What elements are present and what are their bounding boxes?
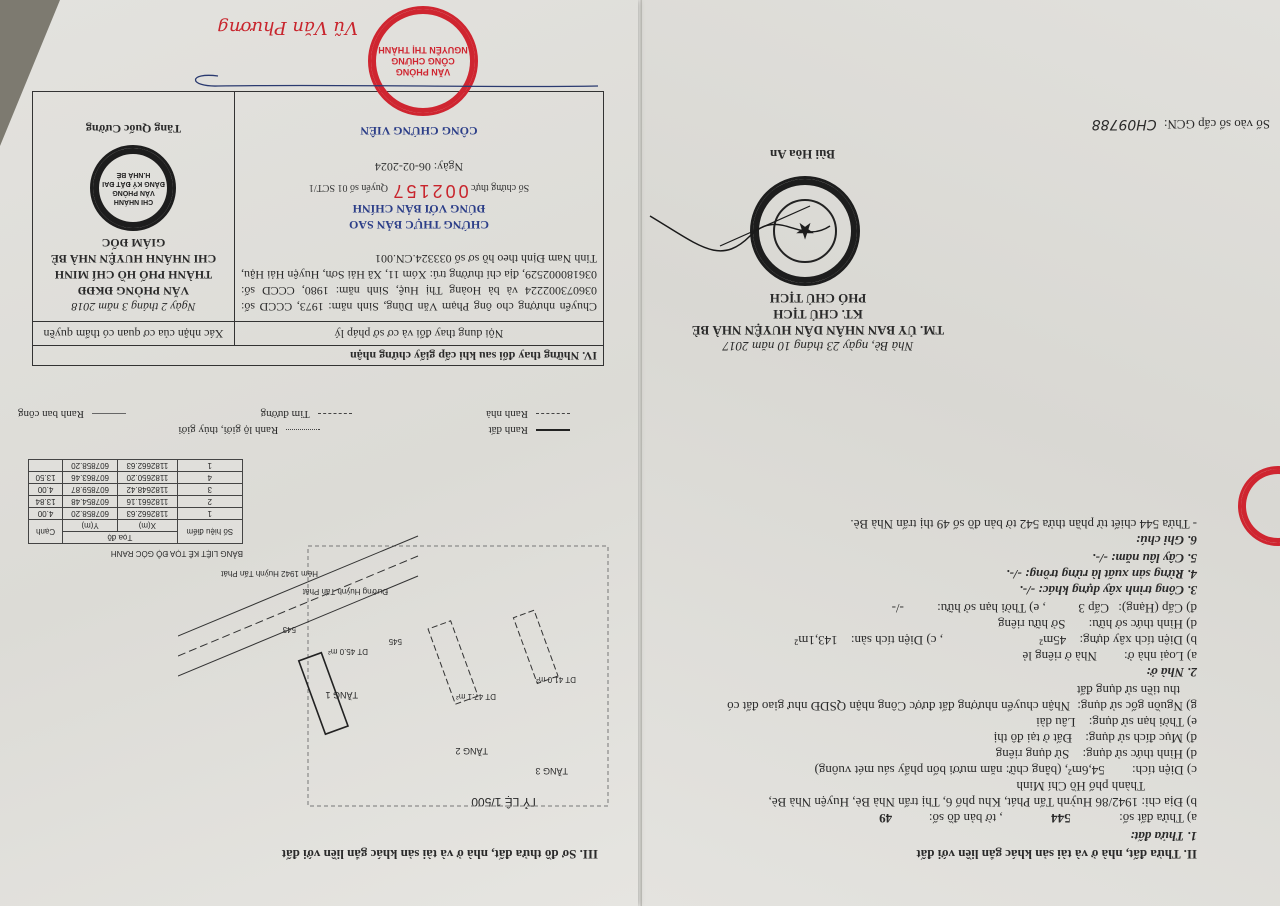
cert-line-2: ĐÚNG VỚI BẢN CHÍNH bbox=[241, 201, 597, 217]
page-section-3-4: III. Sơ đồ thửa đất, nhà ở và tài sản kh… bbox=[0, 0, 638, 906]
origin-row: g) Nguồn gốc sử dụng: Nhận chuyển nhượng… bbox=[727, 698, 1197, 714]
sign-date: Nhà Bè, ngày 23 tháng 10 năm 2017 bbox=[638, 338, 998, 354]
production-forest: 4. Rừng sản xuất là rừng trồng: -/-. bbox=[1006, 566, 1197, 582]
changes-table: IV. Những thay đổi sau khi cấp giấy chứn… bbox=[32, 91, 604, 366]
notes-text: - Thửa 544 chiết từ phần thửa 542 tờ bản… bbox=[850, 516, 1197, 532]
floor3-label: TẦNG 3 bbox=[535, 766, 568, 776]
notary-signature-line bbox=[178, 66, 598, 106]
origin-row-cont: thu tiền sử dụng đất bbox=[1077, 682, 1180, 698]
registry-number: CH09788 bbox=[1092, 116, 1157, 132]
cert-number: 002157 bbox=[391, 181, 469, 201]
legend-item: Ranh lộ giới, thủy giới bbox=[178, 424, 328, 436]
table-row: 41182650.20607863.4613.50 bbox=[29, 472, 243, 484]
house-area-row: b) Diện tích xây dựng: 45m² , c) Diện tí… bbox=[794, 632, 1197, 648]
grade-row: đ) Cấp (Hạng): Cấp 3 , e) Thời hạn sở hữ… bbox=[892, 600, 1197, 616]
coordinate-table: Số hiệu điểm Tọa độ Cạnh X(m) Y(m) 11182… bbox=[28, 459, 243, 544]
document-photo: II. Thửa đất, nhà ở và tài sản khác gắn … bbox=[0, 0, 1280, 906]
sign-role-2: PHÓ CHỦ TỊCH bbox=[638, 290, 998, 306]
area-row: c) Diện tích: 54,6m², (bằng chữ: năm mươ… bbox=[815, 762, 1197, 778]
other-construction: 3. Công trình xây dựng khác: -/-. bbox=[1019, 582, 1197, 598]
perennial-trees: 5. Cây lâu năm: -/-. bbox=[1092, 550, 1197, 566]
notes-title: 6. Ghi chú: bbox=[1136, 532, 1197, 548]
table-row: 31182648.42607859.874.00 bbox=[29, 484, 243, 496]
neighbor-parcel-543: 543 bbox=[283, 625, 296, 634]
confirm-signer: Tăng Quốc Cường bbox=[39, 121, 228, 137]
road-label: Đường Huỳnh Tấn Phát bbox=[303, 587, 388, 596]
address-row: b) Địa chỉ: 1942/86 Huỳnh Tấn Phát, Khu … bbox=[769, 794, 1197, 810]
sign-role-1: KT. CHỦ TỊCH bbox=[638, 306, 998, 322]
legend-item: Ranh ban công bbox=[18, 408, 134, 420]
usage-purpose-row: đ) Mục đích sử dụng: Đất ở tại đô thị bbox=[994, 730, 1197, 746]
registry-row: Số vào sổ cấp GCN: CH09788 bbox=[1092, 116, 1270, 132]
parcel-number: 544 bbox=[1006, 810, 1116, 826]
confirm-col-header: Xác nhận của cơ quan có thẩm quyền bbox=[33, 322, 235, 346]
signer-name: Bùi Hòa An bbox=[770, 146, 835, 162]
cert-line-1: CHỨNG THỰC BẢN SAO bbox=[241, 217, 597, 233]
floor3-area: DT 41.0 m² bbox=[536, 675, 576, 684]
coord-table-title: BẢNG LIỆT KÊ TỌA ĐỘ GÓC RANH bbox=[111, 549, 243, 558]
table-row: 11182662.63607858.20 bbox=[29, 460, 243, 472]
usage-form-row: d) Hình thức sử dụng: Sử dụng riêng bbox=[996, 746, 1197, 762]
address-city: Thành phố Hồ Chí Minh bbox=[1016, 778, 1145, 794]
notary-stamp-partial bbox=[1238, 466, 1280, 546]
section4-title: IV. Những thay đổi sau khi cấp giấy chứn… bbox=[33, 346, 604, 366]
legend-item: Ranh nhà bbox=[486, 408, 578, 420]
ownership-row: d) Hình thức sở hữu: Sở hữu riêng bbox=[998, 616, 1197, 632]
parcel-number-row: a) Thửa đất số: 544 , tờ bản đồ số: 49 bbox=[846, 810, 1197, 826]
background-corner bbox=[0, 0, 60, 146]
neighbor-parcel-545: 545 bbox=[389, 637, 402, 646]
sketch-legend: Ranh đất Ranh lộ giới, thủy giới Ranh nh… bbox=[18, 408, 578, 436]
table-row: 11182662.63607858.204.00 bbox=[29, 508, 243, 520]
floor1-label: TẦNG 1 bbox=[325, 690, 358, 700]
address-value: 1942/86 Huỳnh Tấn Phát, Khu phố 6, Thị t… bbox=[769, 795, 1139, 810]
land-office-stamp: CHI NHÁNHVĂN PHÒNGĐĂNG KÝ ĐẤT ĐAIH.NHÀ B… bbox=[91, 145, 177, 231]
notary-signer: Vũ Văn Phương bbox=[217, 17, 358, 38]
change-entry: Chuyển nhượng cho ông Phạm Văn Dũng, Sin… bbox=[241, 251, 597, 315]
floor1-area: DT 45.0 m² bbox=[328, 647, 368, 656]
changes-col-header: Nội dung thay đổi và cơ sở pháp lý bbox=[235, 322, 604, 346]
usage-term-row: e) Thời hạn sử dụng: Lâu dài bbox=[1036, 714, 1197, 730]
cert-date: Ngày: 06-02-2024 bbox=[241, 159, 597, 175]
sign-org: TM. ỦY BAN NHÂN DÂN HUYỆN NHÀ BÈ bbox=[638, 322, 998, 338]
map-sheet-number: 49 bbox=[846, 810, 926, 826]
land-title: 1. Thửa đất: bbox=[1130, 828, 1197, 844]
alley-label: Hẻm 1942 Huỳnh Tấn Phát bbox=[221, 569, 318, 578]
legend-item: Ranh đất bbox=[489, 424, 578, 436]
house-title: 2. Nhà ở: bbox=[1146, 664, 1197, 680]
signature-scribble bbox=[640, 186, 840, 266]
table-row: 21182661.16607854.4813.84 bbox=[29, 496, 243, 508]
confirm-date: Ngày 2 tháng 3 năm 2018 bbox=[39, 299, 228, 315]
area-value: 54,6m², (bằng chữ: năm mươi bốn phẩy sáu… bbox=[815, 763, 1105, 778]
section3-title: III. Sơ đồ thửa đất, nhà ở và tài sản kh… bbox=[282, 846, 598, 862]
notary-role: CÔNG CHỨNG VIÊN bbox=[241, 123, 597, 139]
floor2-area: DT 47.1 m² bbox=[456, 692, 496, 701]
house-type-row: a) Loại nhà ở: Nhà ở riêng lẻ bbox=[1022, 648, 1197, 664]
floor2-label: TẦNG 2 bbox=[455, 746, 488, 756]
legend-item: Tim đường bbox=[261, 408, 360, 420]
section2-title: II. Thửa đất, nhà ở và tài sản khác gắn … bbox=[916, 846, 1197, 862]
page-section-2: II. Thửa đất, nhà ở và tài sản khác gắn … bbox=[642, 0, 1280, 906]
